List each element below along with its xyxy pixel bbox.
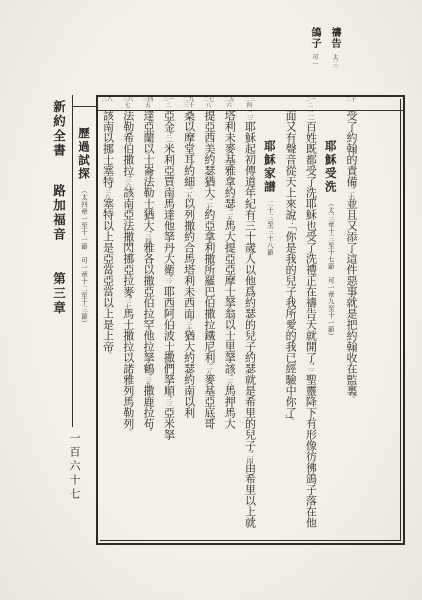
punctuation: 。 xyxy=(124,252,133,260)
punctuation: 。 xyxy=(164,230,173,238)
verse-number-marker: 三二 xyxy=(164,275,172,288)
punctuation: 。 xyxy=(144,120,153,128)
text-column: 二十受了約翰的責備，二十並且又添了這件惡事，就是把約翰收在監裏。 xyxy=(341,97,361,538)
margin-topline xyxy=(72,106,97,107)
verse-strip-label: 二十 xyxy=(344,97,357,110)
text-column: 三一二亞金。三一米利亞。買南。馬達他。拏丹。大衛。三二耶西。阿伯。波士。撒們。拏… xyxy=(158,97,178,538)
text-column: 三六七法勒。希伯。撒拉。三六該南。亞法撒。閃。挪亞。拉麥。三七馬土撒拉。以諾。雅… xyxy=(117,97,137,538)
book-title-column: 新約全書路加福音第三章 xyxy=(52,100,65,380)
verse-strip-label: 二三四 xyxy=(243,97,256,110)
punctuation: 。 xyxy=(124,208,133,216)
book-title: 新約全書 xyxy=(52,100,67,158)
verse-number-marker: 二六 xyxy=(225,374,233,387)
punctuation: 。 xyxy=(205,153,214,161)
next-section-heading: 歷過試探（太四章一至十一節 可一章十二至十三節） xyxy=(76,127,92,327)
verse-strip-label: 三四五 xyxy=(141,97,154,110)
verse-number-marker: 三一 xyxy=(164,132,172,145)
punctuation: 。 xyxy=(124,241,133,249)
verse-number-marker: 二五 xyxy=(225,209,233,222)
verse-strip-label xyxy=(283,97,296,110)
punctuation: 。 xyxy=(144,142,153,150)
section-heading-label: 耶穌受洗 xyxy=(324,140,338,194)
punctuation: 。 xyxy=(164,307,173,315)
text-column: 二九三十桑。以摩堂。耳。約細。二九以列撒。約合。馬塔。利未。西面。三十猶大。約瑟… xyxy=(178,97,198,538)
section-heading-label: 歷過試探 xyxy=(77,127,91,181)
column-text: 二一百姓既都受了洗，耶穌也受了洗禮，正在禱告，天就開了，二二聖靈降下，有形像彷彿… xyxy=(300,110,320,538)
topic-tag-ref: 可一 xyxy=(311,54,318,68)
verse-number-marker: 三六 xyxy=(124,176,132,189)
text-column: 二五六塔。利未。麥基。雅拿。約瑟。二五馬大提亞。亞摩士。拏翁。以士里。拏該。二六… xyxy=(219,97,239,538)
punctuation: 。 xyxy=(144,351,153,359)
column-text: 達。亞蘭。以士崙。法勒士。猶大。三四雅各。以撒。亞伯拉罕。他拉。拏鶴。三五撒鹿。… xyxy=(138,110,158,538)
punctuation: 。 xyxy=(185,230,194,238)
verse-number-marker: 三十 xyxy=(185,319,193,332)
text-column: 三八該南。以挪士。塞特。三八塞特以上是亞當。亞當以上是上帝。 xyxy=(97,97,117,538)
punctuation: ： xyxy=(286,219,295,227)
verse-strip-label: 三六七 xyxy=(121,97,134,110)
column-text: 耶穌家譜二十三至三十八節 xyxy=(260,110,280,538)
punctuation: 。 xyxy=(103,164,112,172)
column-text: 二三耶穌起初傳道，年紀有三十歲，人以他爲約瑟的兒子，約瑟就是希里的兒子，二四由希… xyxy=(239,110,259,538)
column-text: 塔。利未。麥基。雅拿。約瑟。二五馬大提亞。亞摩士。拏翁。以士里。拏該。二六馬押。… xyxy=(219,110,239,538)
punctuation: ； xyxy=(286,296,295,304)
punctuation: 。 xyxy=(144,285,153,293)
punctuation: 。 xyxy=(185,351,194,359)
topic-tag-ref: 太三 xyxy=(331,54,338,68)
section-heading-note: （太四章一至十一節 可一章十二至十三節） xyxy=(80,187,88,327)
chapter-title: 第三章 xyxy=(52,272,67,316)
text-column: 三四五達。亞蘭。以士崙。法勒士。猶大。三四雅各。以撒。亞伯拉罕。他拉。拏鶴。三五… xyxy=(138,97,158,538)
punctuation: 。 xyxy=(205,131,214,139)
section-heading-label: 耶穌家譜 xyxy=(263,140,277,194)
punctuation: 。 xyxy=(205,263,214,271)
margin-rule xyxy=(72,95,73,427)
column-text: 面，又有聲音從天上來說：「你是我的兒子；我所愛的，我已經驗中你了。」 xyxy=(280,110,300,538)
verse-number-marker: 三五 xyxy=(144,374,152,387)
column-text: 法勒。希伯。撒拉。三六該南。亞法撒。閃。挪亞。拉麥。三七馬土撒拉。以諾。雅列。馬… xyxy=(117,110,137,538)
punctuation: 。 xyxy=(205,340,214,348)
punctuation: 。 xyxy=(205,417,214,425)
punctuation: 。 xyxy=(185,274,194,282)
punctuation: 。 xyxy=(144,263,153,271)
punctuation: ， xyxy=(246,252,255,260)
column-text: 耶穌受洗（太三章十三至十七節 可一章九至十一節） xyxy=(320,110,340,538)
punctuation: 。 xyxy=(103,131,112,139)
topic-tag-label: 鴿子 xyxy=(309,27,320,49)
punctuation: 。 xyxy=(124,395,133,403)
punctuation: 。 xyxy=(185,153,194,161)
punctuation: 。 xyxy=(225,296,234,304)
punctuation: ， xyxy=(246,186,255,194)
punctuation: 。 xyxy=(164,252,173,260)
punctuation: 。 xyxy=(205,395,214,403)
verse-number-marker: 三三 xyxy=(164,396,172,409)
punctuation: 。 xyxy=(225,186,234,194)
punctuation: 。 xyxy=(225,351,234,359)
punctuation: 。 xyxy=(205,241,214,249)
text-column: 面，又有聲音從天上來說：「你是我的兒子；我所愛的，我已經驗中你了。」 xyxy=(280,97,300,538)
punctuation: 。 xyxy=(144,428,153,436)
punctuation: 。 xyxy=(103,351,112,359)
punctuation: 。 xyxy=(347,395,356,403)
verse-number-marker: 二七 xyxy=(205,198,213,211)
punctuation: 。 xyxy=(185,120,194,128)
punctuation: 。 xyxy=(225,164,234,172)
punctuation: 。 xyxy=(225,406,234,414)
punctuation: 。 xyxy=(225,120,234,128)
punctuation: 。 xyxy=(124,131,133,139)
punctuation: 。 xyxy=(225,318,234,326)
gospel-title: 路加福音 xyxy=(52,184,67,242)
punctuation: ， xyxy=(347,296,356,304)
punctuation: 。 xyxy=(103,274,112,282)
column-text: 桑。以摩堂。耳。約細。二九以列撒。約合。馬塔。利未。西面。三十猶大。約瑟。約南。… xyxy=(178,110,198,538)
punctuation: 。 xyxy=(286,417,295,421)
verse-strip-label: 三八 xyxy=(101,97,114,110)
punctuation: 。 xyxy=(185,373,194,381)
topic-tag-dove: 鴿子可一 xyxy=(306,27,322,87)
column-text: 亞金。三一米利亞。買南。馬達他。拏丹。大衛。三二耶西。阿伯。波士。撒們。拏順。三… xyxy=(158,110,178,538)
column-text: 受了約翰的責備，二十並且又添了這件惡事，就是把約翰收在監裏。 xyxy=(341,110,361,538)
verse-number-marker: 二八 xyxy=(205,363,213,376)
text-column: 二三四二三耶穌起初傳道，年紀有三十歲，人以他爲約瑟的兒子，約瑟就是希里的兒子，二… xyxy=(239,97,259,538)
punctuation: 。 xyxy=(185,252,194,260)
verse-number-marker: 二九 xyxy=(185,187,193,200)
column-text: 提亞。西美。約瑟。猶大。二七約亞拿。利撒。所羅巴伯。撒拉鐵。尼利。二八麥基。亞底… xyxy=(199,110,219,538)
verse-strip-label: 二一二 xyxy=(304,97,317,110)
verse-strip-label: 二九三十 xyxy=(182,97,195,110)
punctuation: 。 xyxy=(205,175,214,183)
punctuation: 。 xyxy=(124,153,133,161)
punctuation: 。 xyxy=(124,274,133,282)
verse-number-marker: 三七 xyxy=(124,297,132,310)
margin-topic-tags: 禱告太三 鴿子可一 xyxy=(306,27,342,87)
punctuation: 。 xyxy=(225,263,234,271)
verse-strip-label: 二七八 xyxy=(202,97,215,110)
punctuation: 。 xyxy=(144,406,153,414)
verse-number-marker: 二三 xyxy=(246,110,254,123)
punctuation: 。 xyxy=(164,175,173,183)
punctuation: 。 xyxy=(205,307,214,315)
text-columns: 二十受了約翰的責備，二十並且又添了這件惡事，就是把約翰收在監裏。耶穌受洗（太三章… xyxy=(102,97,361,538)
section-heading-column: 耶穌受洗（太三章十三至十七節 可一章九至十一節） xyxy=(320,97,340,538)
punctuation: ， xyxy=(286,120,295,128)
section-heading-note: 二十三至三十八節 xyxy=(266,200,274,256)
punctuation: 。 xyxy=(164,351,173,359)
verse-number-marker: 三八 xyxy=(103,187,111,200)
punctuation: ， xyxy=(286,340,295,348)
text-frame: 二十受了約翰的責備，二十並且又添了這件惡事，就是把約翰收在監裏。耶穌受洗（太三章… xyxy=(96,95,405,545)
verse-number-marker: 二二 xyxy=(306,363,314,376)
verse-strip-label xyxy=(263,97,276,110)
punctuation: ， xyxy=(306,417,315,425)
punctuation: 。 xyxy=(185,164,194,172)
text-column: 二一二二一百姓既都受了洗，耶穌也受了洗禮，正在禱告，天就開了，二二聖靈降下，有形… xyxy=(300,97,320,538)
text-column: 二七八提亞。西美。約瑟。猶大。二七約亞拿。利撒。所羅巴伯。撒拉鐵。尼利。二八麥基… xyxy=(199,97,219,538)
punctuation: 。 xyxy=(124,351,133,359)
punctuation: 。 xyxy=(144,329,153,337)
punctuation: ， xyxy=(246,516,255,524)
verse-number-marker: 二一 xyxy=(306,110,314,123)
section-heading-note: （太三章十三至十七節 可一章九至十一節） xyxy=(327,200,335,340)
topic-tag-label: 禱告 xyxy=(329,27,340,49)
verse-strip-label: 三一二 xyxy=(162,97,175,110)
punctuation: 。 xyxy=(185,395,194,403)
book-page: 禱告太三 鴿子可一 新約全書路加福音第三章 一百六十七 歷過試探（太四章一至十一… xyxy=(0,0,422,600)
punctuation: 。 xyxy=(124,373,133,381)
punctuation: 。 xyxy=(164,373,173,381)
punctuation: 。 xyxy=(144,208,153,216)
verse-strip-label: 二五六 xyxy=(223,97,236,110)
verse-strip-label xyxy=(324,97,337,110)
verse-number-marker: 三四 xyxy=(144,231,152,244)
punctuation: 。 xyxy=(164,329,173,337)
punctuation: 。 xyxy=(225,142,234,150)
punctuation: ， xyxy=(246,351,255,359)
verse-number-marker: 二十 xyxy=(347,187,355,200)
topic-tag-prayer: 禱告太三 xyxy=(326,27,342,87)
left-margin-strip: 歷過試探（太四章一至十一節 可一章十二至十三節） xyxy=(72,95,96,545)
punctuation: 。 xyxy=(144,175,153,183)
section-heading-column: 耶穌家譜二十三至三十八節 xyxy=(260,97,280,538)
punctuation: ， xyxy=(306,197,315,205)
punctuation: ， xyxy=(306,274,315,282)
punctuation: 。 xyxy=(164,197,173,205)
punctuation: ， xyxy=(306,318,315,326)
column-text: 該南。以挪士。塞特。三八塞特以上是亞當。亞當以上是上帝。 xyxy=(97,110,117,538)
punctuation: 。 xyxy=(185,296,194,304)
punctuation: 。 xyxy=(124,428,133,436)
verse-number-marker: 二四 xyxy=(246,451,254,464)
